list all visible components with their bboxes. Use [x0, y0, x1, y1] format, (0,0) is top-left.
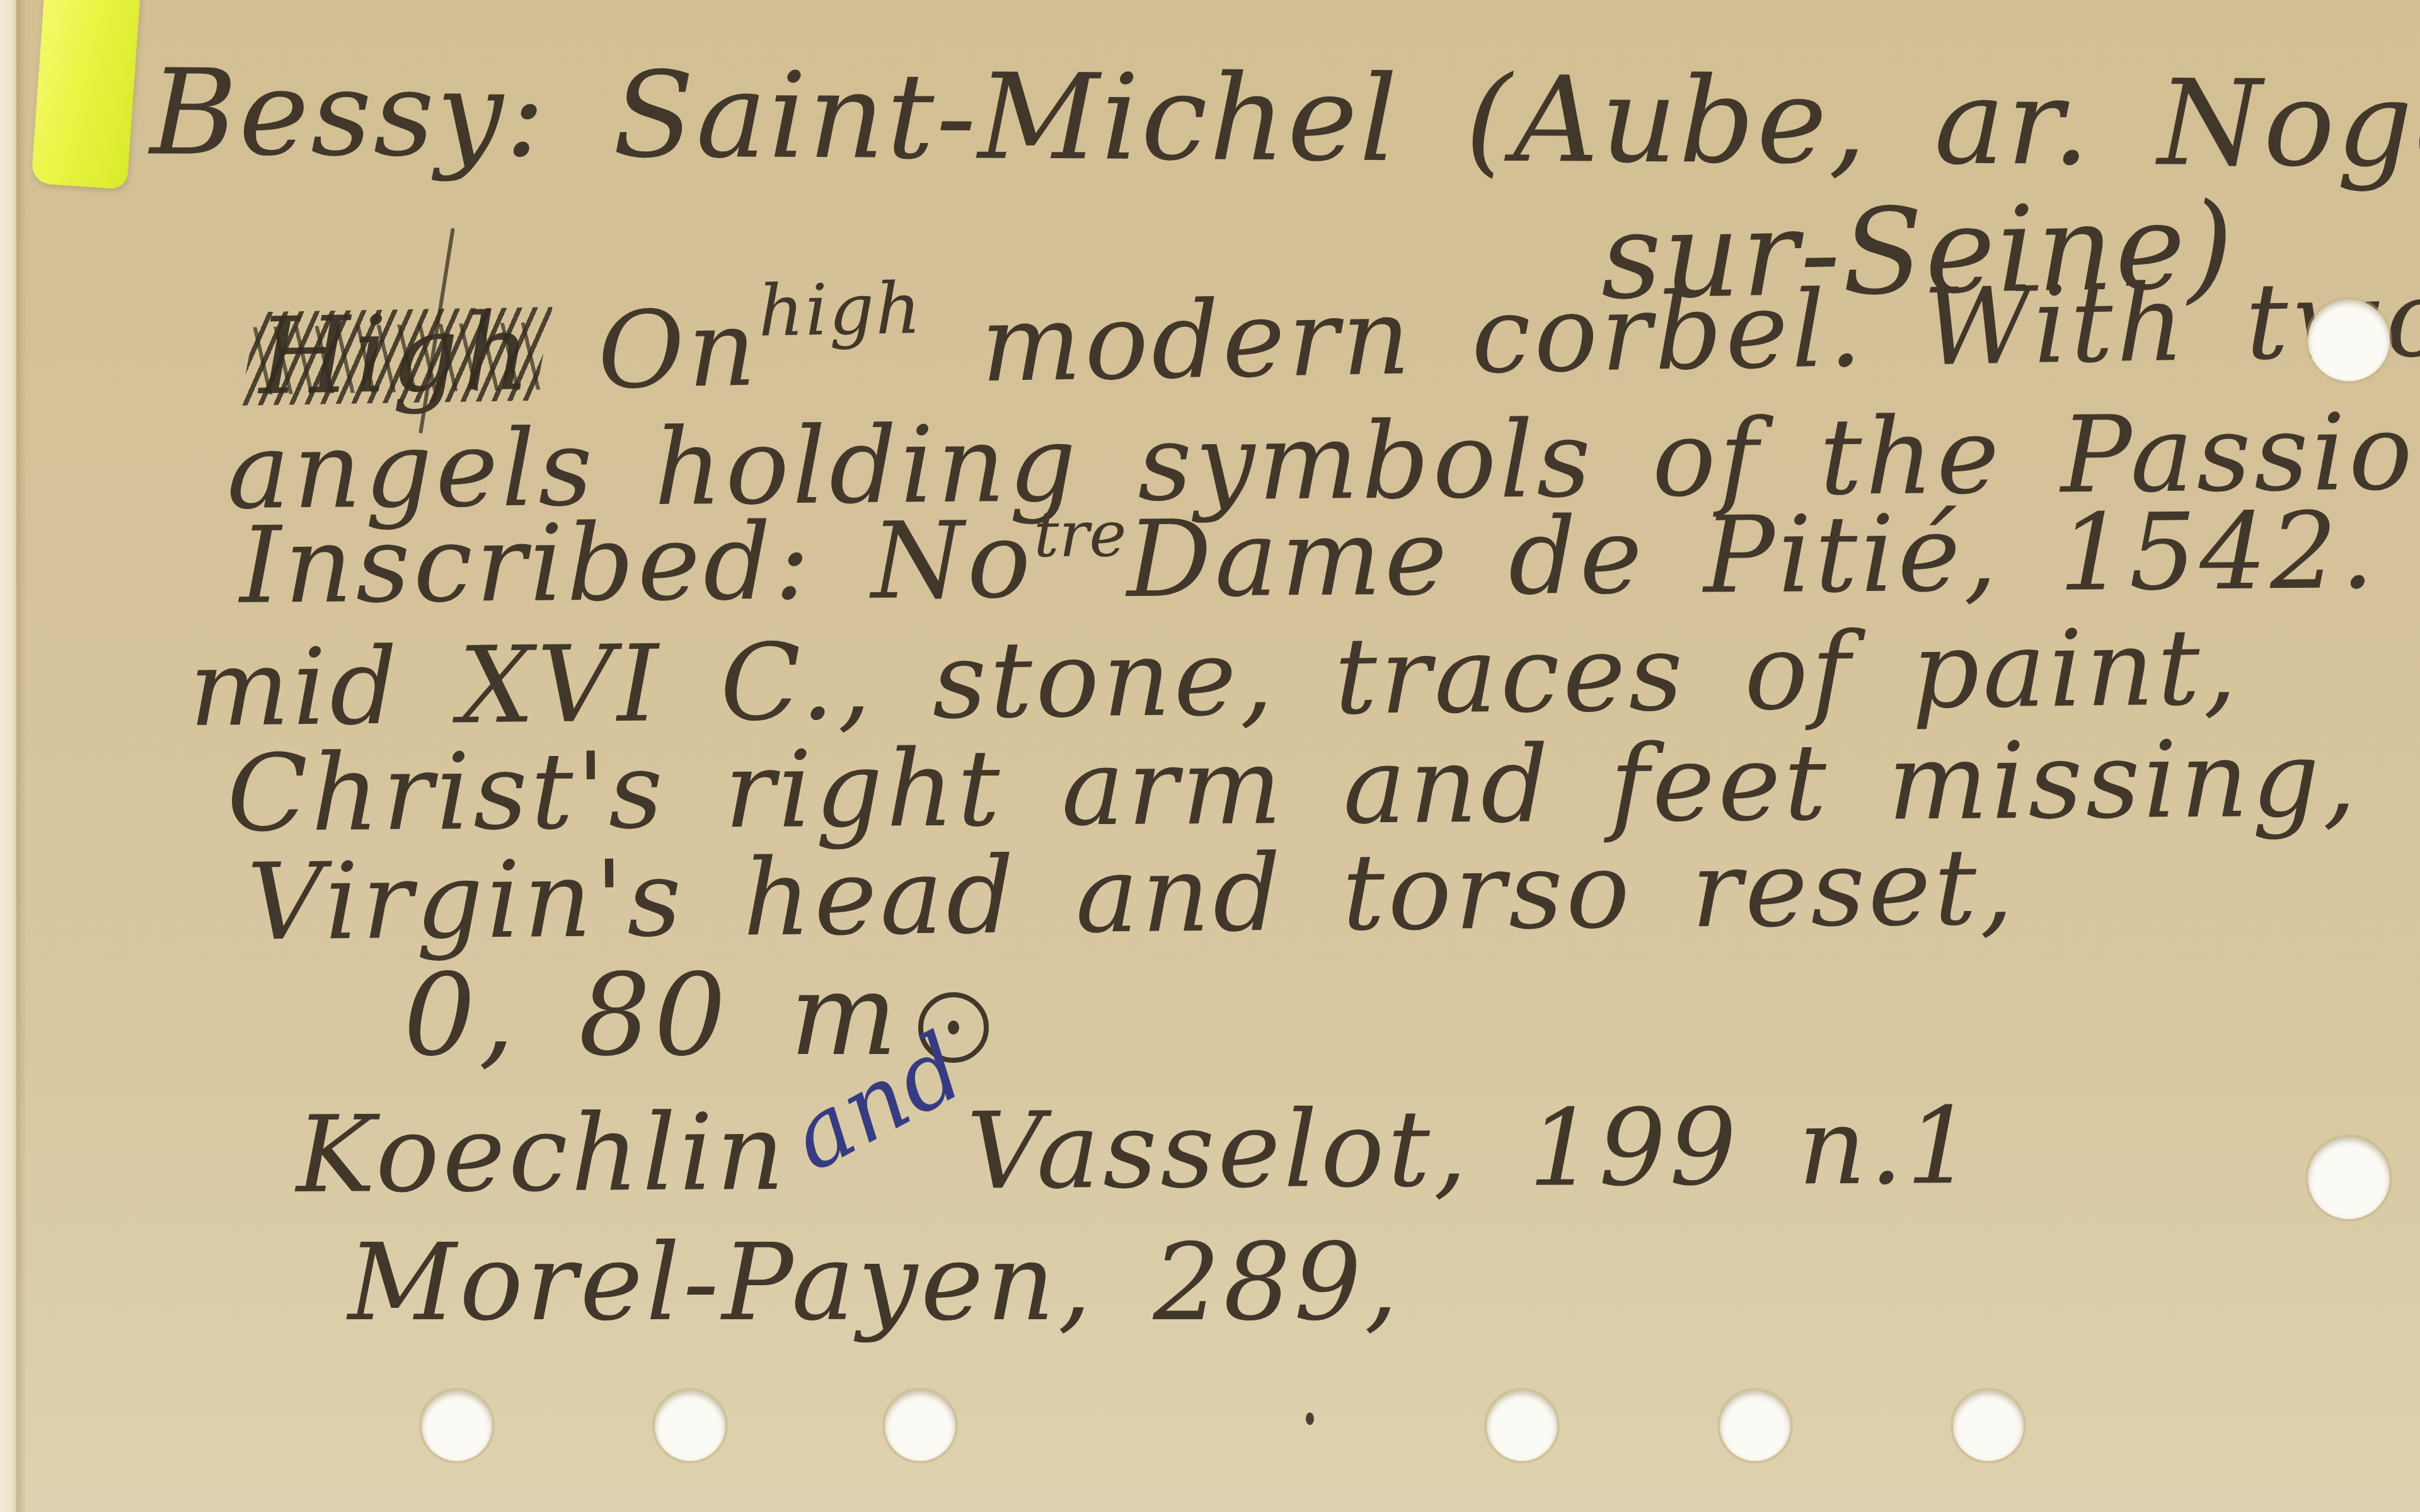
handwritten-line-reference2: Morel-Payen, 289,: [348, 1230, 1401, 1336]
handwritten-line-inscribed: Inscribed: NotreDame de Pitié, 1542.: [239, 498, 2377, 619]
inserted-word-tre: tre: [1034, 503, 1127, 566]
index-card: Bessy: Saint-Michel (Aube, ar. Nogent- s…: [0, 0, 2420, 1512]
punch-hole: [885, 1390, 955, 1461]
handwritten-line-virgin: Virgin's head and torso reset,: [246, 834, 2017, 955]
ink-speck: [1306, 1412, 1314, 1425]
line4-pre: Inscribed: No: [239, 498, 1034, 627]
handwritten-line-corbel: High Onhigh modern corbel. With two: [251, 266, 2420, 410]
measurement-text: 0, 80 m: [403, 949, 901, 1081]
line2-rest: modern corbel. With two: [980, 257, 2420, 406]
yellow-sticky-tab: [31, 0, 140, 190]
card-left-seam: [16, 0, 26, 1512]
punch-hole: [2308, 1137, 2390, 1219]
handwritten-line-reference1: KoechlinandVasselot, 199 n.1: [296, 1093, 1977, 1208]
scribbled-out-word: High: [251, 299, 541, 410]
inserted-word-high: high: [758, 273, 923, 347]
scan-edge-strip: [0, 0, 16, 1512]
handwritten-line-christ: Christ's right arm and feet missing,: [226, 726, 2359, 847]
punch-hole: [2308, 299, 2390, 381]
card-title-line: Bessy: Saint-Michel (Aube, ar. Nogent-: [150, 54, 2420, 186]
line9-pre: Koechlin: [296, 1091, 788, 1217]
line9-post: Vasselot, 199 n.1: [966, 1084, 1977, 1213]
punch-hole: [1953, 1390, 2024, 1461]
line4-post: Dame de Pitié, 1542.: [1126, 489, 2378, 621]
punch-hole: [655, 1390, 725, 1461]
punch-hole: [1487, 1390, 1557, 1461]
line2-start: On: [597, 286, 760, 412]
punch-hole: [1720, 1390, 1790, 1461]
punch-hole: [422, 1390, 492, 1461]
